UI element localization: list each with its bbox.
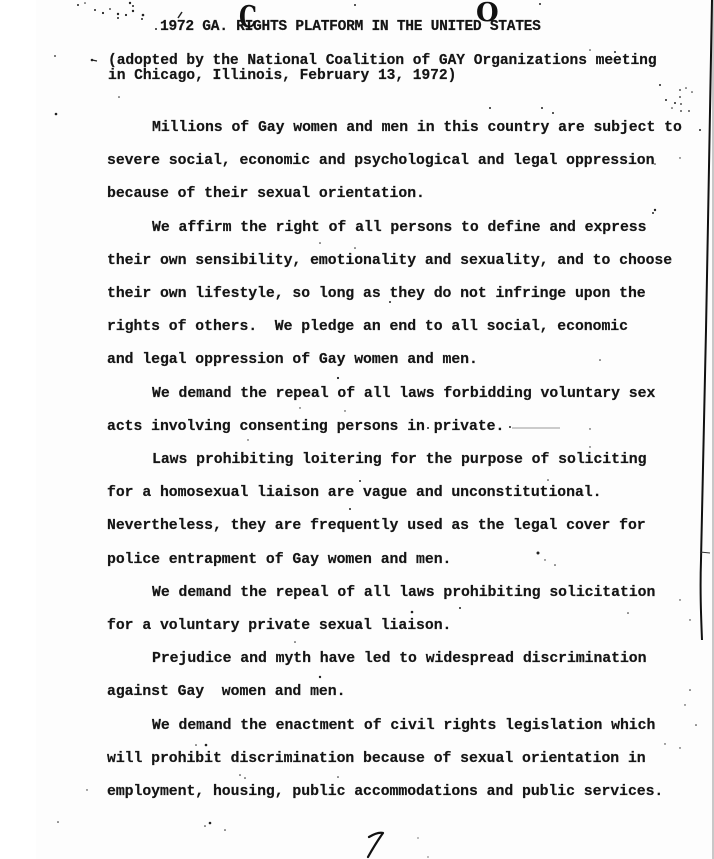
paragraph-first-line: Prejudice and myth have led to widesprea… [152, 652, 646, 667]
paragraph-line: because of their sexual orientation. [107, 187, 425, 202]
paragraph-first-line: We affirm the right of all persons to de… [152, 221, 646, 236]
handwritten-mark-c: C [239, 0, 257, 35]
document-subtitle-line-1: (adopted by the National Coalition of GA… [108, 54, 657, 69]
paragraph-line: Nevertheless, they are frequently used a… [107, 519, 646, 534]
paragraph-first-line: Millions of Gay women and men in this co… [152, 121, 682, 136]
paragraph-line: for a voluntary private sexual liaison. [107, 619, 451, 634]
paragraph-line: their own lifestyle, so long as they do … [107, 287, 646, 302]
paragraph-line: employment, housing, public accommodatio… [107, 785, 663, 800]
paragraph-line: police entrapment of Gay women and men. [107, 553, 451, 568]
paragraph-line: and legal oppression of Gay women and me… [107, 353, 478, 368]
paragraph-first-line: Laws prohibiting loitering for the purpo… [152, 453, 646, 468]
paragraph-line: for a homosexual liaison are vague and u… [107, 486, 601, 501]
paragraph-line: their own sensibility, emotionality and … [107, 254, 672, 269]
paragraph-first-line: We demand the repeal of all laws prohibi… [152, 586, 655, 601]
paragraph-line: will prohibit discrimination because of … [107, 752, 646, 767]
paragraph-line: rights of others. We pledge an end to al… [107, 320, 628, 335]
paragraph-line: against Gay women and men. [107, 685, 345, 700]
paragraph-line: acts involving consenting persons in pri… [107, 420, 504, 435]
paragraph-first-line: We demand the repeal of all laws forbidd… [152, 387, 655, 402]
paragraph-first-line: We demand the enactment of civil rights … [152, 719, 655, 734]
document-subtitle-line-2: in Chicago, Illinois, February 13, 1972) [108, 69, 456, 84]
handwritten-page-number: 7 [362, 828, 392, 859]
handwritten-mark-o: O [476, 0, 499, 28]
paragraph-line: severe social, economic and psychologica… [107, 154, 654, 169]
